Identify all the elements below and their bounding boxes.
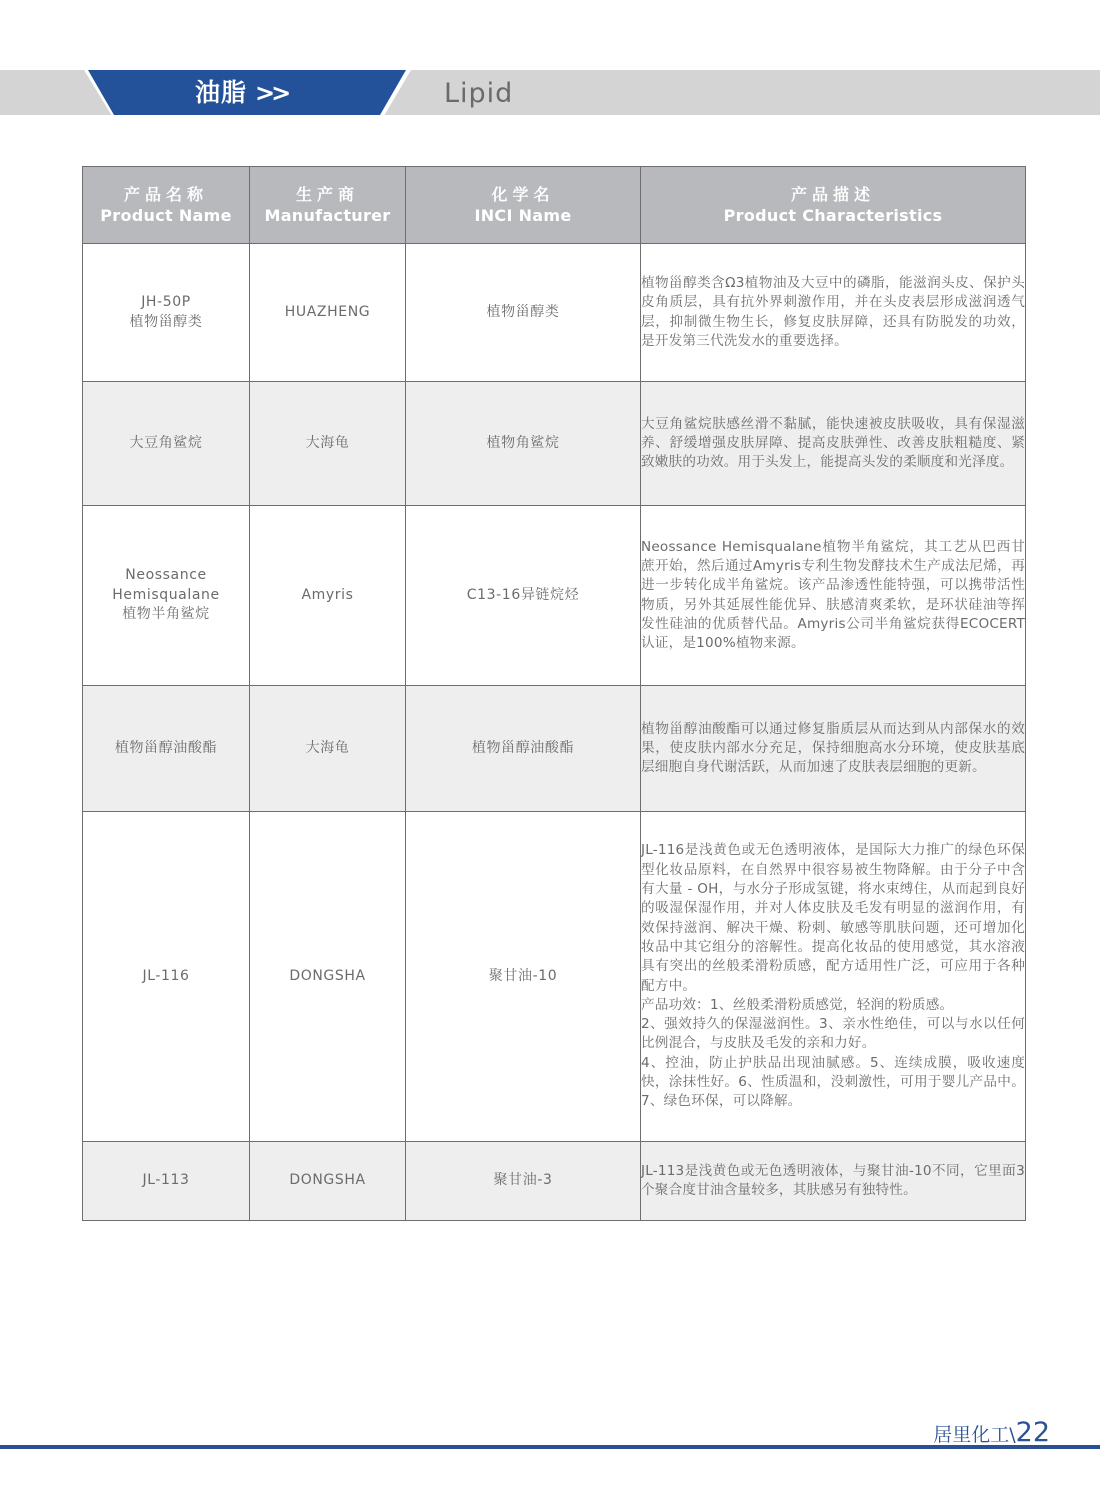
cell-product-name: JL-113 — [83, 1142, 250, 1221]
cell-inci-name: C13-16异链烷烃 — [406, 506, 641, 686]
cell-description: 植物甾醇油酸酯可以通过修复脂质层从而达到从内部保水的效果，使皮肤内部水分充足，保… — [641, 686, 1026, 812]
product-table: 产品名称 Product Name 生产商 Manufacturer 化学名 I… — [82, 166, 1026, 1221]
cell-product-name: Neossance Hemisqualane 植物半角鲨烷 — [83, 506, 250, 686]
cell-inci-name: 植物甾醇类 — [406, 244, 641, 382]
cell-product-name: JH-50P 植物甾醇类 — [83, 244, 250, 382]
section-title-zh: 油脂 — [195, 76, 247, 110]
table-row: 大豆角鲨烷 大海龟 植物角鲨烷 大豆角鲨烷肤感丝滑不黏腻，能快速被皮肤吸收，具有… — [83, 382, 1026, 506]
column-header-manufacturer: 生产商 Manufacturer — [250, 167, 406, 244]
cell-manufacturer: 大海龟 — [250, 686, 406, 812]
column-header-inci-name: 化学名 INCI Name — [406, 167, 641, 244]
cell-description: 大豆角鲨烷肤感丝滑不黏腻，能快速被皮肤吸收，具有保湿滋养、舒缓增强皮肤屏障、提高… — [641, 382, 1026, 506]
cell-product-name: 植物甾醇油酸酯 — [83, 686, 250, 812]
section-title-en: Lipid — [444, 76, 513, 112]
cell-description: JL-116是浅黄色或无色透明液体，是国际大力推广的绿色环保型化妆品原料，在自然… — [641, 812, 1026, 1142]
cell-manufacturer: Amyris — [250, 506, 406, 686]
column-header-characteristics: 产品描述 Product Characteristics — [641, 167, 1026, 244]
cell-inci-name: 植物甾醇油酸酯 — [406, 686, 641, 812]
page-number: 22 — [1016, 1418, 1050, 1448]
cell-inci-name: 聚甘油-3 — [406, 1142, 641, 1221]
table-row: Neossance Hemisqualane 植物半角鲨烷 Amyris C13… — [83, 506, 1026, 686]
cell-description: JL-113是浅黄色或无色透明液体，与聚甘油-10不同，它里面3个聚合度甘油含量… — [641, 1142, 1026, 1221]
section-title: 油脂 >> — [195, 76, 287, 110]
cell-description: Neossance Hemisqualane植物半角鲨烷，其工艺从巴西甘蔗开始，… — [641, 506, 1026, 686]
double-chevron-icon: >> — [255, 76, 287, 110]
table-row: 植物甾醇油酸酯 大海龟 植物甾醇油酸酯 植物甾醇油酸酯可以通过修复脂质层从而达到… — [83, 686, 1026, 812]
cell-manufacturer: DONGSHA — [250, 812, 406, 1142]
cell-inci-name: 植物角鲨烷 — [406, 382, 641, 506]
cell-manufacturer: HUAZHENG — [250, 244, 406, 382]
footer-divider — [0, 1445, 1100, 1449]
cell-product-name: JL-116 — [83, 812, 250, 1142]
cell-manufacturer: 大海龟 — [250, 382, 406, 506]
table-header-row: 产品名称 Product Name 生产商 Manufacturer 化学名 I… — [83, 167, 1026, 244]
table-row: JL-116 DONGSHA 聚甘油-10 JL-116是浅黄色或无色透明液体，… — [83, 812, 1026, 1142]
table-row: JL-113 DONGSHA 聚甘油-3 JL-113是浅黄色或无色透明液体，与… — [83, 1142, 1026, 1221]
column-header-product-name: 产品名称 Product Name — [83, 167, 250, 244]
cell-manufacturer: DONGSHA — [250, 1142, 406, 1221]
table-row: JH-50P 植物甾醇类 HUAZHENG 植物甾醇类 植物甾醇类含Ω3植物油及… — [83, 244, 1026, 382]
cell-product-name: 大豆角鲨烷 — [83, 382, 250, 506]
cell-description: 植物甾醇类含Ω3植物油及大豆中的磷脂，能滋润头皮、保护头皮角质层，具有抗外界刺激… — [641, 244, 1026, 382]
cell-inci-name: 聚甘油-10 — [406, 812, 641, 1142]
